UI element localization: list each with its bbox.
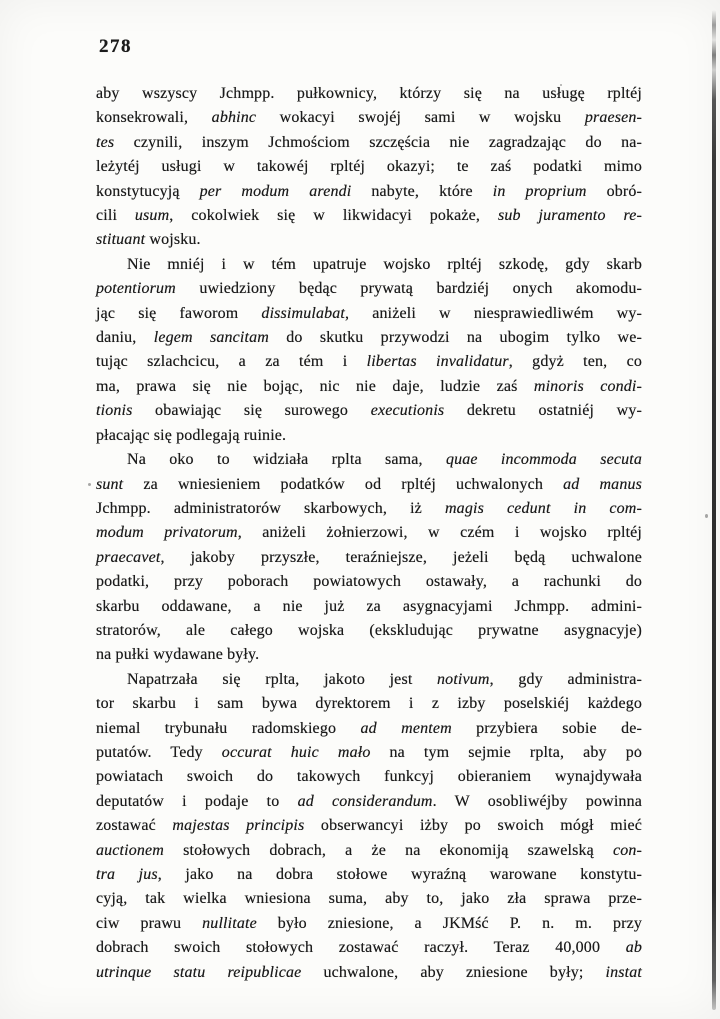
- text-line: auctionem stołowych dobrach, a że na eko…: [96, 839, 642, 863]
- text-line: tes czynili, inszym Jchmościom szczęścia…: [96, 131, 642, 155]
- scan-speck: [88, 483, 91, 486]
- text-line: skarbu oddawane, a nie już za asygnacyja…: [96, 595, 642, 619]
- scan-speck: [705, 514, 708, 518]
- text-line: leżytéj usługi w takowéj rpltéj okazyi; …: [96, 155, 642, 179]
- paragraph: Napatrzała się rplta, jakoto jest notivu…: [96, 668, 642, 985]
- text-line: modum privatorum, aniżeli żołnierzowi, w…: [96, 521, 642, 545]
- scan-edge-artifact: [712, 10, 716, 1010]
- text-line: daniu, legem sancitam do skutku przywodz…: [96, 326, 642, 350]
- text-line: podatki, przy poborach powiatowych ostaw…: [96, 570, 642, 594]
- text-line: niemal trybunału radomskiego ad mentem p…: [96, 717, 642, 741]
- text-line: praecavet, jakoby przyszłe, teraźniejsze…: [96, 546, 642, 570]
- text-line: sunt za wniesieniem podatków od rpltéj u…: [96, 473, 642, 497]
- text-line: konstytucyją per modum arendi nabyte, kt…: [96, 180, 642, 204]
- text-line: deputatów i podaje to ad considerandum. …: [96, 790, 642, 814]
- text-line: płacając się podlegają ruinie.: [96, 424, 642, 448]
- text-line: konsekrowali, abhinc wokacyi swojéj sami…: [96, 106, 642, 130]
- text-line: putatów. Tedy occurat huic mało na tym s…: [96, 741, 642, 765]
- text-line: dobrach swoich stołowych zostawać raczył…: [96, 936, 642, 960]
- text-line: Jchmpp. administratorów skarbowych, iż m…: [96, 497, 642, 521]
- text-line: tra jus, jako na dobra stołowe wyraźną w…: [96, 863, 642, 887]
- text-line: cyją, tak wielka wniesiona suma, aby to,…: [96, 887, 642, 911]
- scan-speck: [637, 748, 639, 750]
- text-line: Napatrzała się rplta, jakoto jest notivu…: [96, 668, 642, 692]
- text-line: jąc się faworom dissimulabat, aniżeli w …: [96, 302, 642, 326]
- text-line: ciw prawu nullitate było zniesione, a JK…: [96, 912, 642, 936]
- text-line: ma, prawa się nie bojąc, nic nie daje, l…: [96, 375, 642, 399]
- text-line: powiatach swoich do takowych funkcyj obi…: [96, 765, 642, 789]
- text-line: utrinque statu reipublicae uchwalone, ab…: [96, 961, 642, 985]
- scan-speck: [560, 84, 562, 86]
- text-line: stratorów, ale całego wojska (ekskludują…: [96, 619, 642, 643]
- text-line: tując szlachcicu, a za tém i libertas in…: [96, 350, 642, 374]
- text-line: tionis obawiając się surowego executioni…: [96, 399, 642, 423]
- scanned-book-page: { "page_number": "278", "document": { "p…: [0, 0, 720, 1019]
- text-line: Nie mniéj i w tém upatruje wojsko rpltéj…: [96, 253, 642, 277]
- paragraph: aby wszyscy Jchmpp. pułkownicy, którzy s…: [96, 82, 642, 253]
- text-line: cili usum, cokolwiek się w likwidacyi po…: [96, 204, 642, 228]
- paragraph: Na oko to widziała rplta sama, quae inco…: [96, 448, 642, 668]
- paragraph: Nie mniéj i w tém upatruje wojsko rpltéj…: [96, 253, 642, 448]
- text-line: na pułki wydawane były.: [96, 643, 642, 667]
- text-line: tor skarbu i sam bywa dyrektorem i z izb…: [96, 692, 642, 716]
- page-number: 278: [99, 36, 132, 58]
- text-line: Na oko to widziała rplta sama, quae inco…: [96, 448, 642, 472]
- text-block: aby wszyscy Jchmpp. pułkownicy, którzy s…: [96, 82, 642, 985]
- text-line: stituant wojsku.: [96, 228, 642, 252]
- text-line: potentiorum uwiedziony będąc prywatą bar…: [96, 277, 642, 301]
- text-line: zostawać majestas principis obserwancyi …: [96, 814, 642, 838]
